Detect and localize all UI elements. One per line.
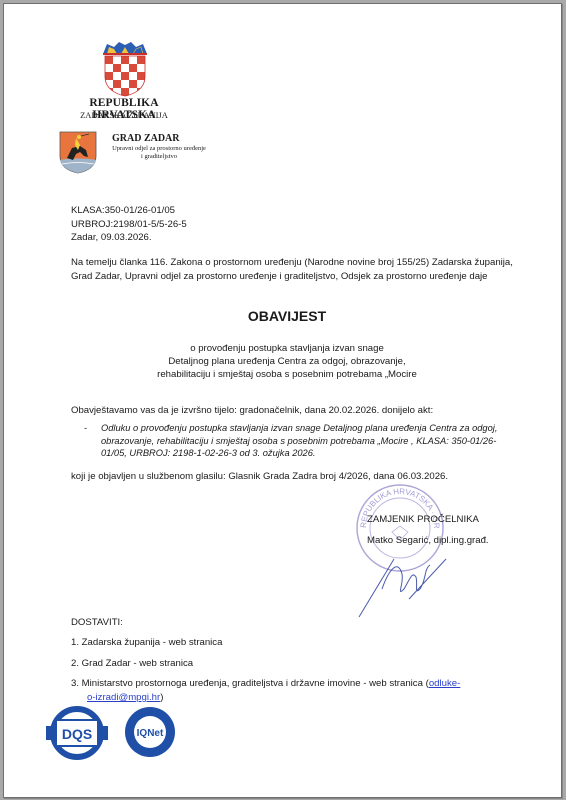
klasa: KLASA:350-01/26-01/05 [71,204,187,218]
bullet-dash: - [84,422,87,435]
notice-paragraph: Obavještavamo vas da je izvršno tijelo: … [71,405,433,416]
urbroj: URBROJ:2198/01-5/5-26-5 [71,218,187,232]
city-name: GRAD ZADAR [112,133,180,144]
svg-text:DQS: DQS [62,726,92,742]
zadar-coat-of-arms-icon [58,130,98,174]
distribution-item: 2. Grad Zadar - web stranica [71,658,193,669]
document-subtitle: o provođenju postupka stavljanja izvan s… [4,342,566,381]
iqnet-certification-icon: IQNet [122,704,178,760]
subtitle-line2: Detaljnog plana uređenja Centra za odgoj… [4,355,566,368]
email-link[interactable]: odluke- [429,678,460,689]
subtitle-line3: rehabilitaciju i smještaj osoba s posebn… [4,368,566,381]
closing-paren: ) [160,692,163,703]
distribution-item: 3. Ministarstvo prostornoga uređenja, gr… [71,678,460,703]
distribution-item: 1. Zadarska županija - web stranica [71,637,222,648]
subtitle-line1: o provođenju postupka stavljanja izvan s… [4,342,566,355]
croatian-coat-of-arms-icon [97,41,153,97]
document-page: REPUBLIKA HRVATSKA ZADARSKA ŽUPANIJA GRA… [3,3,562,798]
department-line2: i graditeljstvo [99,153,219,161]
dqs-certification-icon: DQS [44,706,110,760]
svg-text:IQNet: IQNet [137,728,164,739]
county-name: ZADARSKA ŽUPANIJA [59,110,189,120]
reference-block: KLASA:350-01/26-01/05 URBROJ:2198/01-5/5… [71,204,187,245]
place-date: Zadar, 09.03.2026. [71,231,187,245]
distribution-heading: DOSTAVITI: [71,617,123,628]
publication-paragraph: koji je objavljen u službenom glasilu: G… [71,471,448,482]
intro-paragraph: Na temelju članka 116. Zakona o prostorn… [71,256,531,284]
department-line1: Upravni odjel za prostorno uređenje [99,145,219,153]
distribution-item-text: 3. Ministarstvo prostornoga uređenja, gr… [71,678,429,689]
department-name: Upravni odjel za prostorno uređenje i gr… [99,145,219,161]
act-text: Odluku o provođenju postupka stavljanja … [101,422,521,460]
email-link-continued[interactable]: o-izradi@mpgi.hr [87,692,160,703]
handwritten-signature-icon [354,519,464,619]
document-title: OBAVIJEST [4,308,566,324]
